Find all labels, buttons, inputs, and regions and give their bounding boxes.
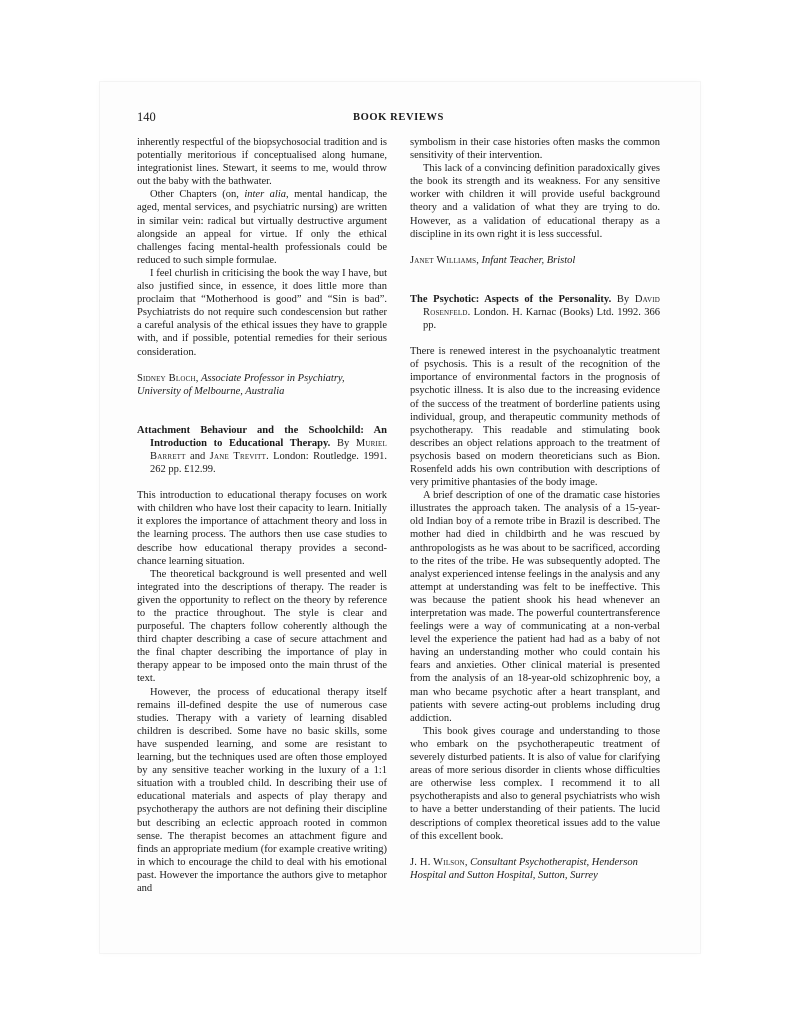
- review-heading: The Psychotic: Aspects of the Personalit…: [410, 293, 660, 332]
- page-content: 140 BOOK REVIEWS inherently respectful o…: [100, 82, 700, 895]
- text-segment: A brief description of one of the dramat…: [410, 490, 660, 724]
- paragraph: This lack of a convincing definition par…: [410, 162, 660, 241]
- paragraph: This introduction to educational therapy…: [137, 489, 387, 568]
- reviewer-signature: J. H. Wilson, Consultant Psychotherapist…: [410, 856, 660, 882]
- text-segment: J. H. Wilson: [410, 857, 465, 868]
- page-header: 140 BOOK REVIEWS: [137, 110, 660, 125]
- text-segment: However, the process of educational ther…: [137, 687, 387, 894]
- paragraph: I feel churlish in criticising the book …: [137, 267, 387, 359]
- scanned-journal-page: 140 BOOK REVIEWS inherently respectful o…: [0, 0, 800, 1036]
- text-segment: inherently respectful of the biopsychoso…: [137, 137, 387, 187]
- text-segment: , mental handicap, the aged, mental serv…: [137, 189, 387, 265]
- reviewer-signature: Janet Williams, Infant Teacher, Bristol: [410, 254, 660, 267]
- text-segment: This lack of a convincing definition par…: [410, 163, 660, 239]
- page-number: 140: [137, 110, 156, 125]
- paragraph: However, the process of educational ther…: [137, 686, 387, 896]
- text-segment: By: [611, 294, 635, 305]
- text-segment: The Psychotic: Aspects of the Personalit…: [410, 294, 611, 305]
- review-heading: Attachment Behaviour and the Schoolchild…: [137, 424, 387, 476]
- paper: 140 BOOK REVIEWS inherently respectful o…: [100, 82, 700, 953]
- text-segment: Infant Teacher, Bristol: [482, 255, 576, 266]
- text-columns: inherently respectful of the biopsychoso…: [137, 136, 660, 895]
- text-segment: Jane Trevitt: [210, 451, 266, 462]
- left-column: inherently respectful of the biopsychoso…: [137, 136, 387, 895]
- reviewer-signature: Sidney Bloch, Associate Professor in Psy…: [137, 372, 387, 398]
- text-segment: This introduction to educational therapy…: [137, 490, 387, 566]
- paragraph: symbolism in their case histories often …: [410, 136, 660, 162]
- text-segment: Sidney Bloch: [137, 373, 196, 384]
- text-segment: The theoretical background is well prese…: [137, 569, 387, 685]
- text-segment: This book gives courage and understandin…: [410, 726, 660, 842]
- text-segment: Other Chapters (on,: [150, 189, 244, 200]
- text-segment: symbolism in their case histories often …: [410, 137, 660, 161]
- paragraph: inherently respectful of the biopsychoso…: [137, 136, 387, 188]
- paragraph: This book gives courage and understandin…: [410, 725, 660, 843]
- paragraph: A brief description of one of the dramat…: [410, 489, 660, 725]
- running-head: BOOK REVIEWS: [137, 110, 660, 125]
- text-segment: and: [186, 451, 210, 462]
- paragraph: Other Chapters (on, inter alia, mental h…: [137, 188, 387, 267]
- paragraph: The theoretical background is well prese…: [137, 568, 387, 686]
- paragraph: There is renewed interest in the psychoa…: [410, 345, 660, 489]
- text-segment: inter alia: [244, 189, 286, 200]
- text-segment: By: [330, 438, 356, 449]
- text-segment: Janet Williams: [410, 255, 476, 266]
- text-segment: There is renewed interest in the psychoa…: [410, 346, 660, 488]
- right-column: symbolism in their case histories often …: [410, 136, 660, 895]
- text-segment: I feel churlish in criticising the book …: [137, 268, 387, 358]
